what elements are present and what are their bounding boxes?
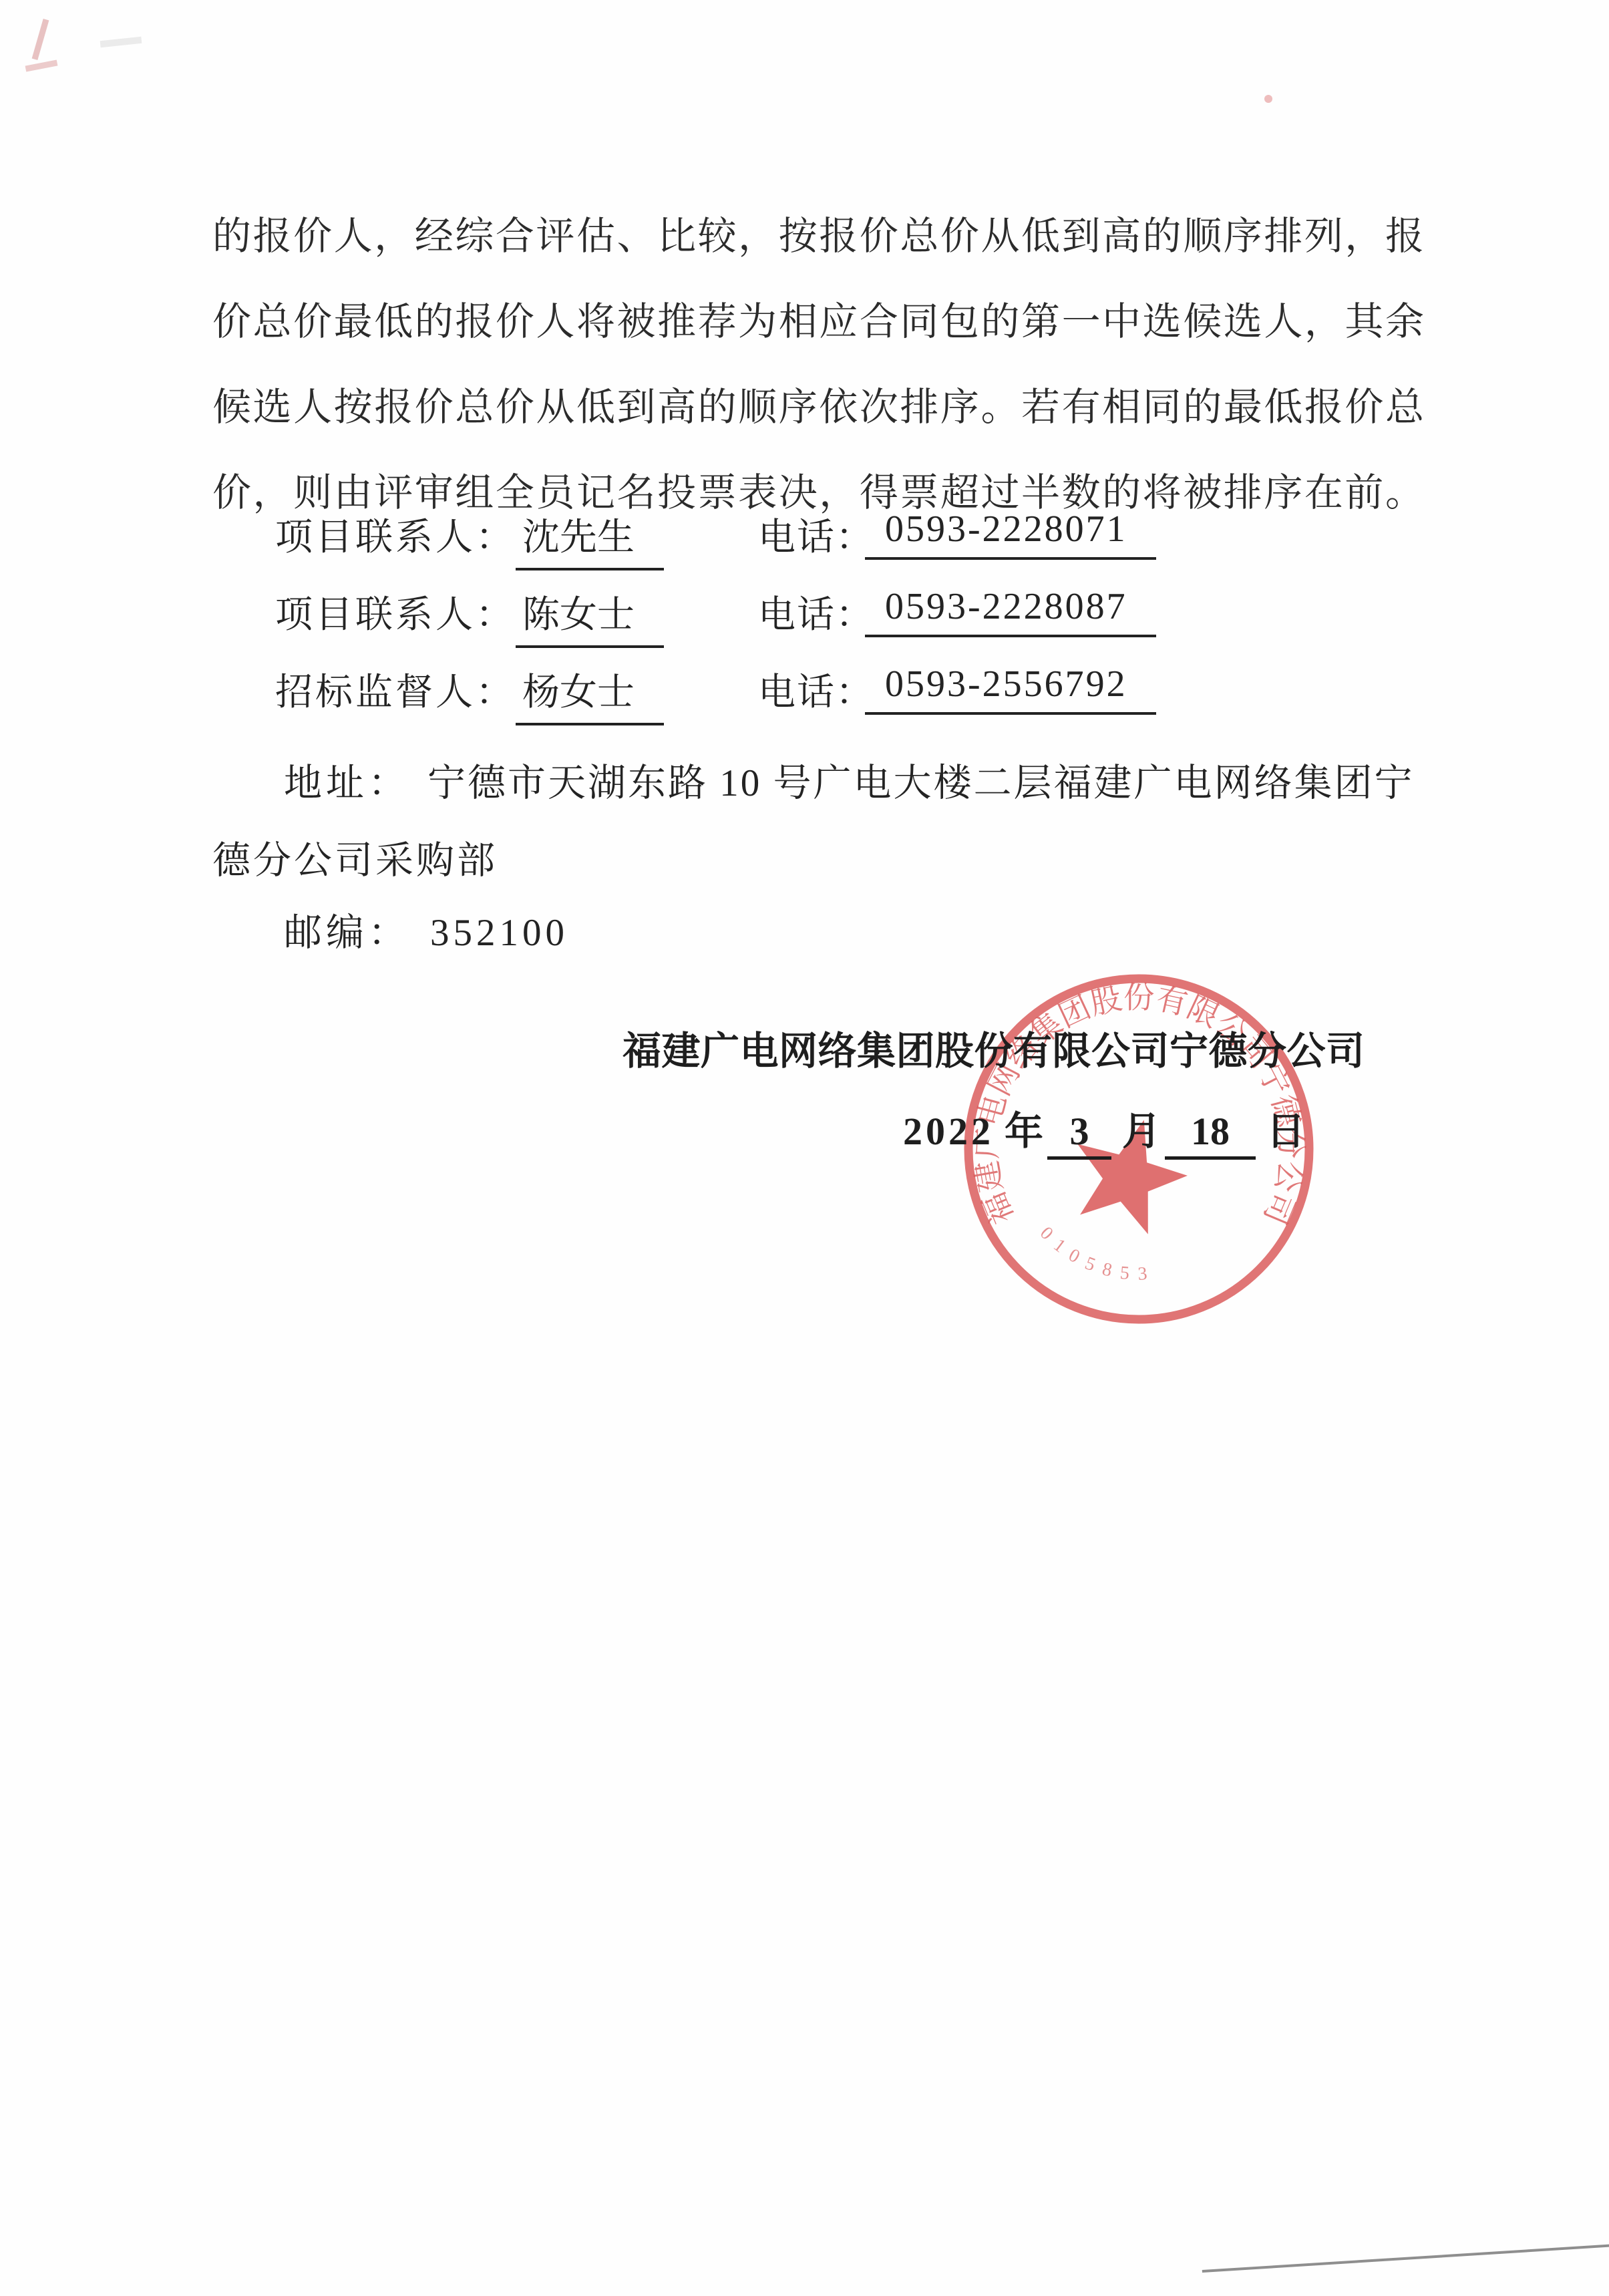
contact-name: 沈先生	[516, 508, 664, 570]
date-year-unit: 年	[1005, 1110, 1043, 1153]
postal-row: 邮编：352100	[284, 902, 568, 957]
address-text: 宁德市天湖东路 10 号广电大楼二层福建广电网络集团宁	[427, 762, 1415, 804]
contact-row: 招标监督人： 杨女士 电话： 0593-2556792	[0, 663, 1609, 723]
signature-date: 2022年3月18日	[903, 1100, 1309, 1160]
date-day: 18	[1165, 1109, 1256, 1160]
contact-row: 项目联系人： 沈先生 电话： 0593-2228071	[0, 508, 1609, 568]
signature-company-name: 福建广电网络集团股份有限公司宁德分公司	[622, 1019, 1365, 1076]
postal-value: 352100	[430, 912, 568, 954]
scan-artifact	[25, 60, 58, 72]
contact-name: 陈女士	[516, 585, 664, 648]
contact-role-label: 项目联系人：	[275, 508, 516, 561]
phone-label: 电话：	[758, 585, 874, 639]
date-year: 2022	[903, 1110, 994, 1153]
phone-number: 0593-2556792	[865, 663, 1156, 715]
date-day-unit: 日	[1266, 1110, 1305, 1153]
postal-label: 邮编：	[284, 912, 410, 954]
date-month: 3	[1047, 1109, 1111, 1160]
contact-role-label: 招标监督人：	[275, 663, 516, 716]
address-label: 地址：	[284, 762, 410, 804]
scan-artifact	[1202, 2243, 1609, 2273]
scan-artifact	[1264, 95, 1272, 103]
paragraph-line: 的报价人，经综合评估、比较，按报价总价从低到高的顺序排列，报	[212, 212, 1425, 261]
address-line-1: 地址：宁德市天湖东路 10 号广电大楼二层福建广电网络集团宁	[284, 752, 1415, 807]
paragraph-line: 价总价最低的报价人将被推荐为相应合同包的第一中选候选人，其余	[212, 298, 1425, 347]
phone-number: 0593-2228071	[865, 508, 1156, 560]
phone-label: 电话：	[758, 663, 874, 716]
contact-role-label: 项目联系人：	[275, 585, 516, 639]
paragraph-line: 候选人按报价总价从低到高的顺序依次排序。若有相同的最低报价总	[212, 383, 1425, 432]
scan-artifact	[100, 37, 142, 47]
phone-number: 0593-2228087	[865, 585, 1156, 637]
document-page: 的报价人，经综合评估、比较，按报价总价从低到高的顺序排列，报 价总价最低的报价人…	[0, 0, 1609, 2296]
date-month-unit: 月	[1122, 1110, 1161, 1153]
contact-row: 项目联系人： 陈女士 电话： 0593-2228087	[0, 585, 1609, 645]
address-line-2: 德分公司采购部	[212, 830, 498, 884]
contact-name: 杨女士	[516, 663, 664, 725]
seal-code: 0105853	[1036, 1223, 1157, 1285]
scan-artifact	[32, 19, 49, 60]
phone-label: 电话：	[758, 508, 874, 561]
